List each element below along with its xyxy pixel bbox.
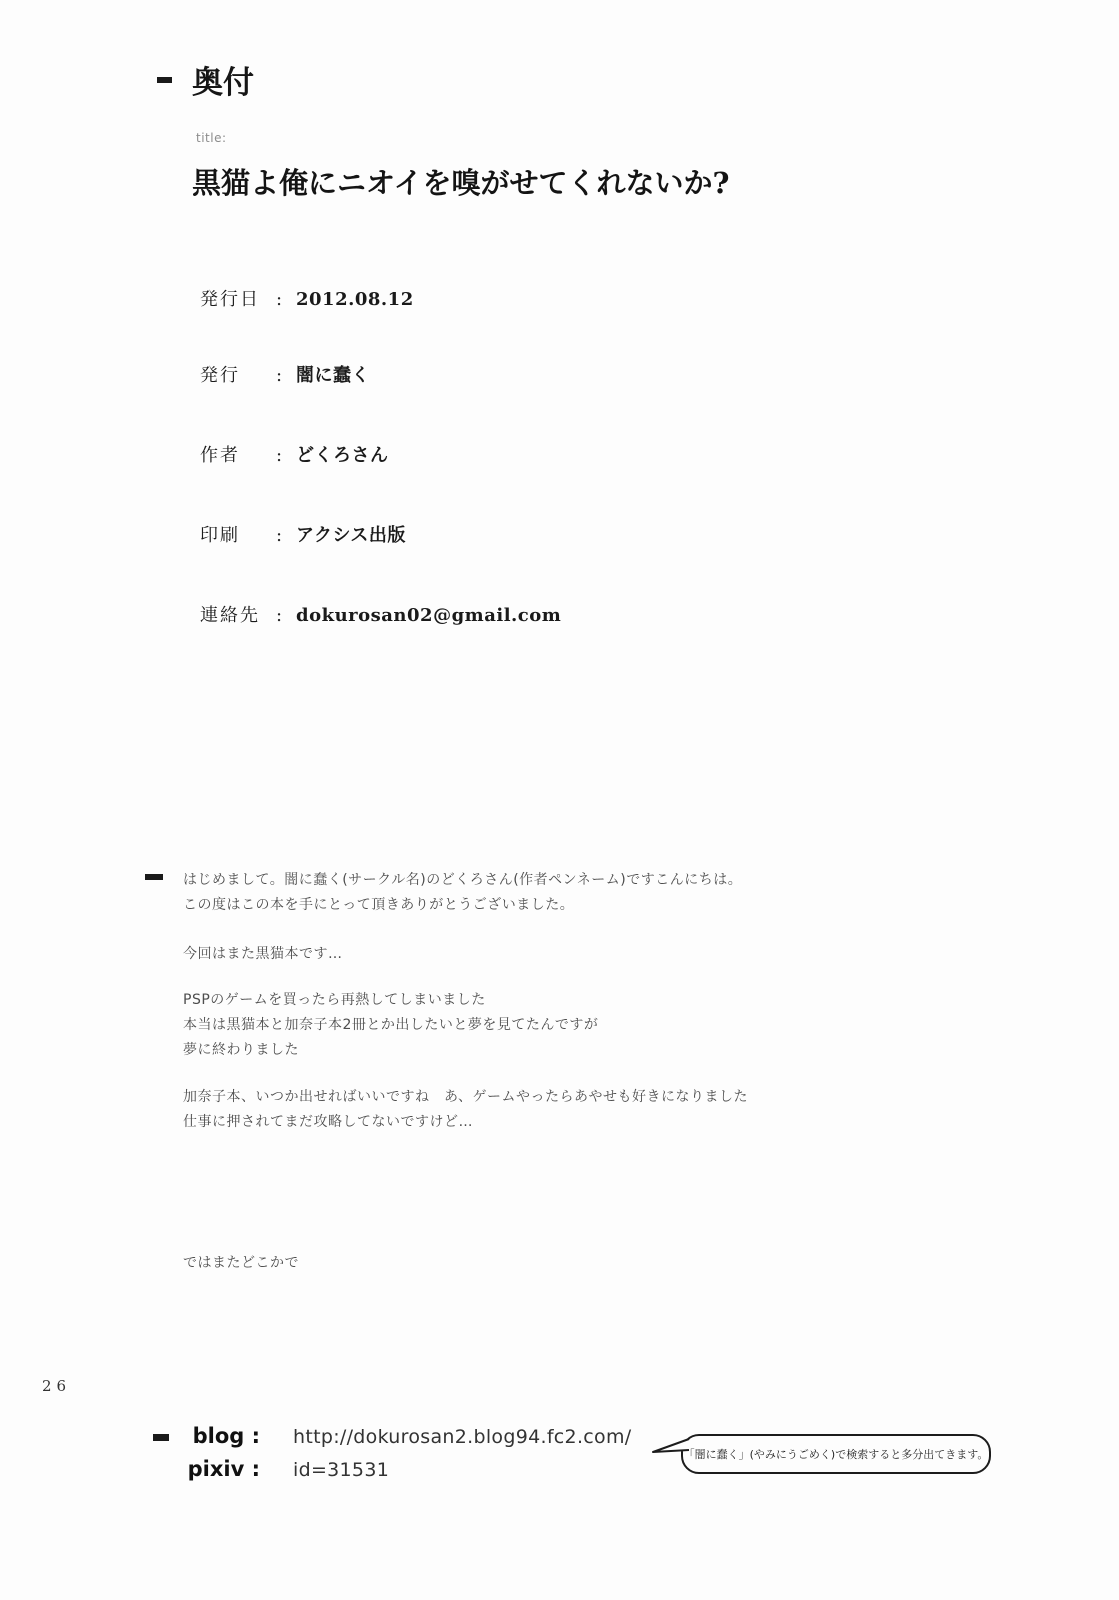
info-label: 作者 bbox=[200, 441, 262, 467]
afterword-line: この度はこの本を手にとって頂きありがとうございました。 bbox=[183, 894, 574, 914]
info-label: 連絡先 bbox=[200, 601, 262, 627]
info-row-author: 作者 : どくろさん bbox=[200, 441, 389, 467]
info-value: 2012.08.12 bbox=[296, 289, 414, 310]
footer-blog-row: blog : http://dokurosan2.blog94.fc2.com/ bbox=[170, 1424, 631, 1448]
info-separator: : bbox=[262, 605, 296, 626]
title-label: title: bbox=[196, 131, 227, 145]
pixiv-label: pixiv : bbox=[170, 1457, 260, 1481]
footer-pixiv-row: pixiv : id=31531 bbox=[170, 1457, 389, 1481]
book-title: 黒猫よ俺にニオイを嗅がせてくれないか? bbox=[192, 161, 730, 202]
blog-url: http://dokurosan2.blog94.fc2.com/ bbox=[293, 1426, 631, 1448]
info-value: アクシス出版 bbox=[296, 521, 406, 547]
bubble-tail-icon bbox=[648, 1438, 690, 1464]
afterword-dash-icon bbox=[145, 874, 163, 880]
info-label: 発行日 bbox=[200, 285, 262, 311]
info-value: 闇に蠢く bbox=[296, 361, 370, 387]
info-separator: : bbox=[262, 445, 296, 466]
afterword-line: 今回はまた黒猫本です… bbox=[183, 943, 343, 963]
heading-dash-icon bbox=[157, 77, 172, 83]
page-heading: 奥付 bbox=[192, 57, 254, 102]
info-row-publish-date: 発行日 : 2012.08.12 bbox=[200, 285, 414, 311]
info-value-email: dokurosan02@gmail.com bbox=[296, 605, 561, 626]
blog-label: blog : bbox=[170, 1424, 260, 1448]
info-label: 印刷 bbox=[200, 521, 262, 547]
info-value: どくろさん bbox=[296, 441, 389, 467]
info-row-contact: 連絡先 : dokurosan02@gmail.com bbox=[200, 601, 561, 627]
info-row-printer: 印刷 : アクシス出版 bbox=[200, 521, 406, 547]
footer-dash-icon bbox=[153, 1434, 169, 1441]
info-separator: : bbox=[262, 289, 296, 310]
afterword-line: はじめまして。闇に蠢く(サークル名)のどくろさん(作者ペンネーム)ですこんにちは… bbox=[183, 869, 742, 889]
search-hint-bubble: 「闇に蠢く」(やみにうごめく)で検索すると多分出てきます。 bbox=[681, 1434, 991, 1474]
afterword-line: PSPのゲームを買ったら再熱してしまいました bbox=[183, 989, 486, 1009]
search-hint-text: 「闇に蠢く」(やみにうごめく)で検索すると多分出てきます。 bbox=[684, 1446, 989, 1462]
info-row-publisher: 発行 : 闇に蠢く bbox=[200, 361, 370, 387]
pixiv-id: id=31531 bbox=[293, 1459, 389, 1481]
info-separator: : bbox=[262, 365, 296, 386]
info-separator: : bbox=[262, 525, 296, 546]
info-label: 発行 bbox=[200, 361, 262, 387]
afterword-line: 加奈子本、いつか出せればいいですね あ、ゲームやったらあやせも好きになりました bbox=[183, 1086, 748, 1106]
afterword-closing: ではまたどこかで bbox=[183, 1252, 299, 1272]
page-number: 26 bbox=[42, 1377, 71, 1395]
afterword-line: 夢に終わりました bbox=[183, 1039, 299, 1059]
afterword-line: 本当は黒猫本と加奈子本2冊とか出したいと夢を見てたんですが bbox=[183, 1014, 598, 1034]
colophon-page: { "page": { "heading": "奥付", "title_labe… bbox=[0, 0, 1119, 1600]
afterword-line: 仕事に押されてまだ攻略してないですけど… bbox=[183, 1111, 473, 1131]
